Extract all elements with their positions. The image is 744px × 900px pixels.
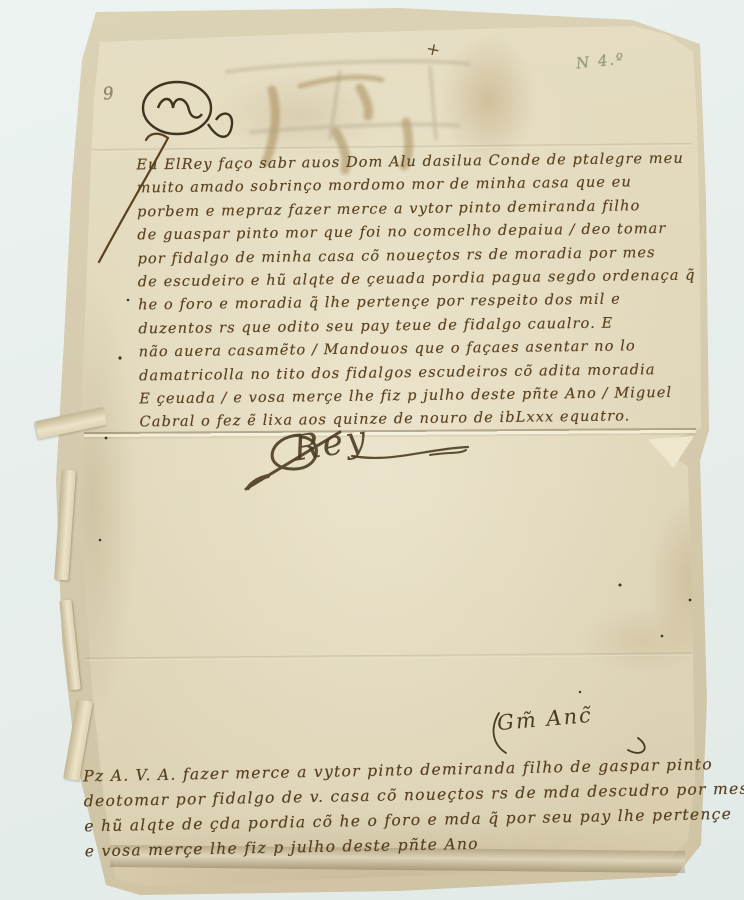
summary-text-block: Pz A. V. A. fazer merce a vytor pinto de… — [83, 752, 744, 865]
manuscript-photo: 9 + N 4.º Eu ElRey faço sabr auos Dom Al… — [0, 0, 744, 900]
main-text-block: Eu ElRey faço sabr auos Dom Alu dasilua … — [136, 148, 697, 436]
page-number: 9 — [102, 83, 116, 104]
